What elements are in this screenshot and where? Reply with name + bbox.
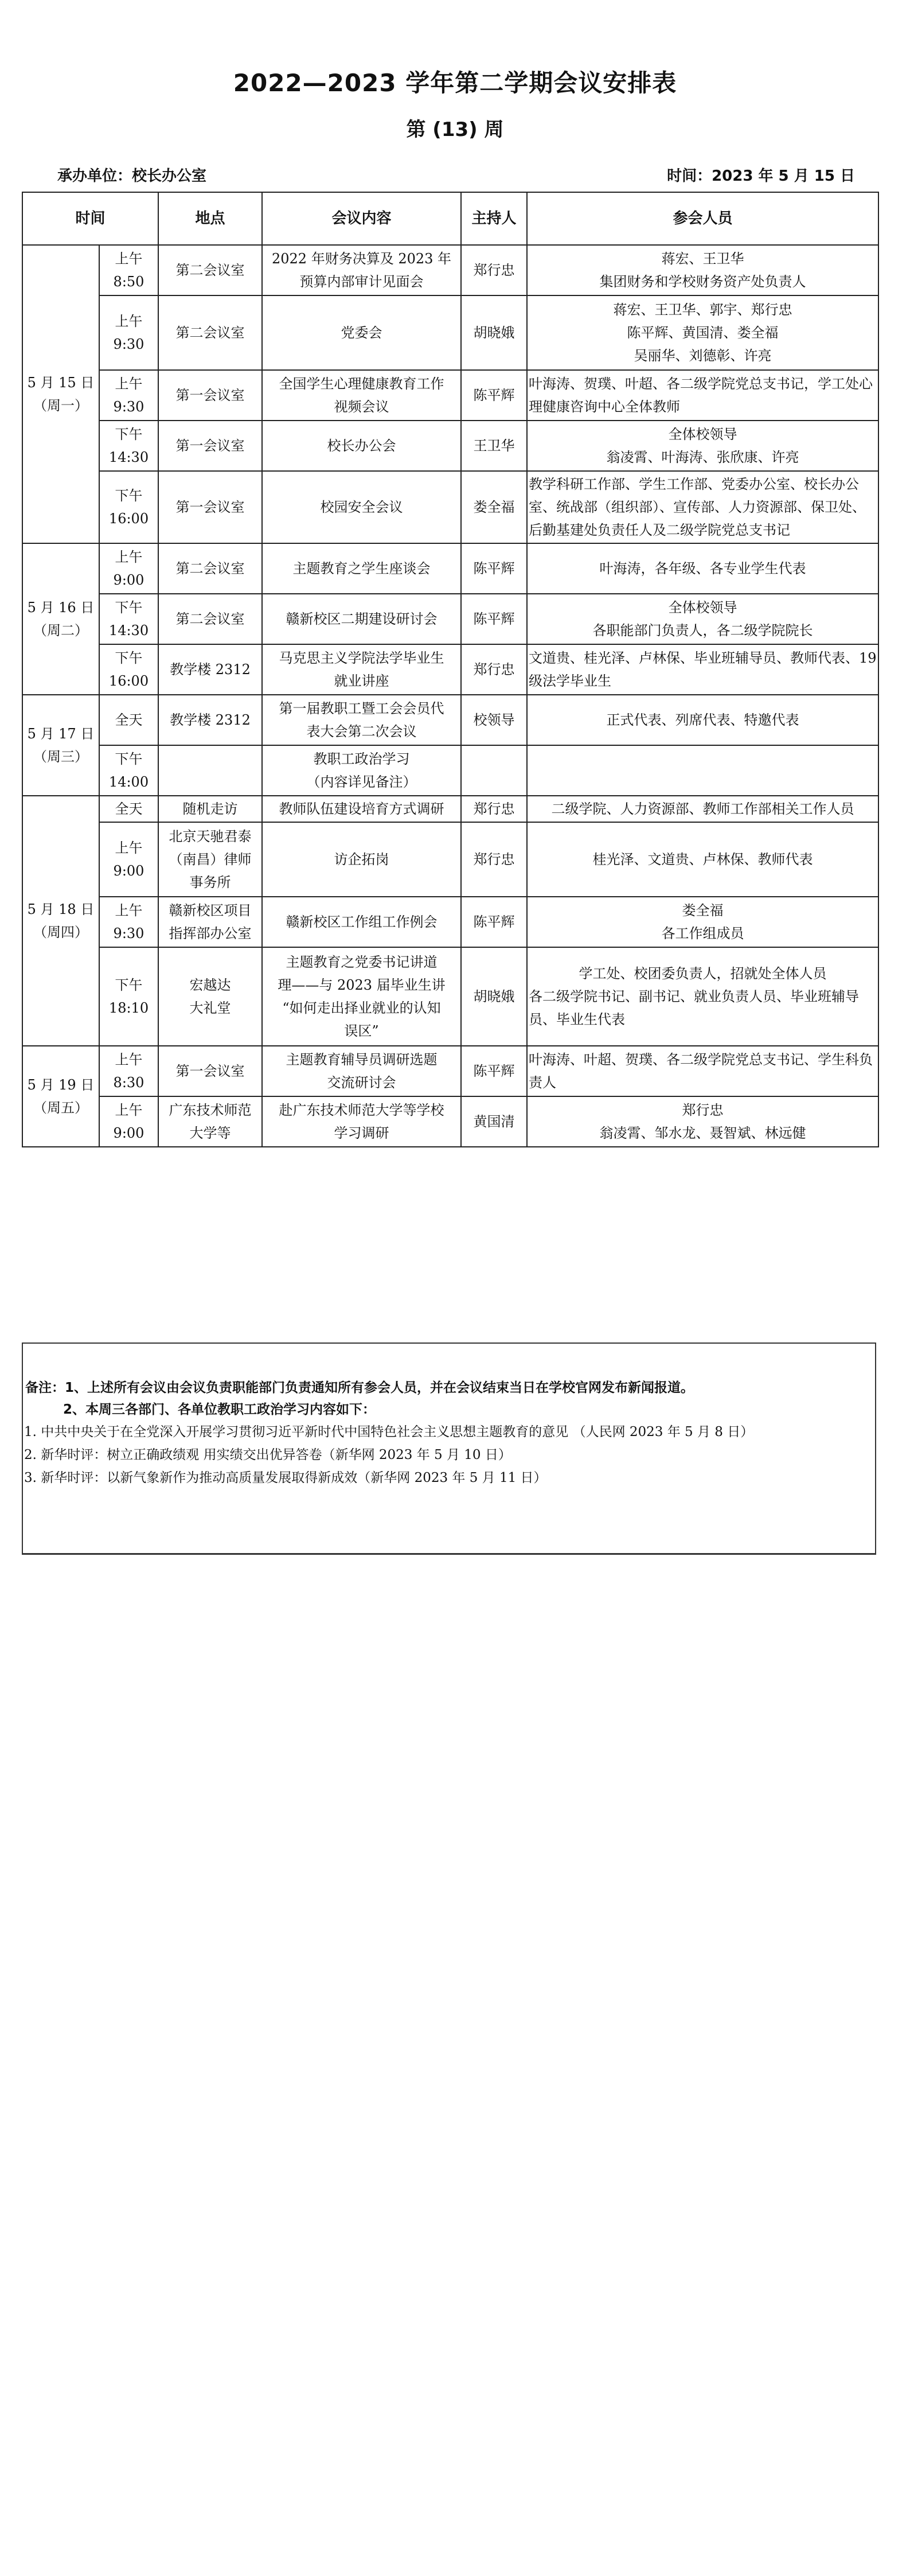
cell-line: 党委会 xyxy=(264,321,459,344)
cell-line: 第一会议室 xyxy=(160,434,260,457)
attendees-cell: 学工处、校团委负责人，招就处全体人员各二级学院书记、副书记、就业负责人员、毕业班… xyxy=(527,947,878,1046)
period: 上午 xyxy=(101,1099,157,1122)
time: 9:00 xyxy=(101,569,157,592)
time-cell: 下午14:30 xyxy=(99,421,158,471)
weekday: （周四） xyxy=(24,921,97,944)
attendee-line: 学工处、校团委负责人，招就处全体人员 xyxy=(529,962,877,985)
date: 5 月 16 日 xyxy=(24,596,97,619)
cell-line: 大礼堂 xyxy=(160,997,260,1019)
location-cell: 教学楼 2312 xyxy=(158,695,262,745)
period: 上午 xyxy=(101,899,157,922)
attendee-line: 翁凌霄、邹水龙、聂智斌、林远健 xyxy=(529,1122,877,1145)
cell-line: 第一会议室 xyxy=(160,384,260,407)
time: 16:00 xyxy=(101,670,157,692)
content-cell: 主题教育辅导员调研选题交流研讨会 xyxy=(262,1046,461,1096)
time-cell: 上午8:30 xyxy=(99,1046,158,1096)
cell-line: 第二会议室 xyxy=(160,321,260,344)
time-cell: 全天 xyxy=(99,695,158,745)
time-cell: 下午16:00 xyxy=(99,644,158,695)
attendees-cell: 教学科研工作部、学生工作部、党委办公室、校长办公室、统战部（组织部）、宣传部、人… xyxy=(527,471,878,543)
cell-line: 第二会议室 xyxy=(160,608,260,631)
period: 下午 xyxy=(101,596,157,619)
date: 5 月 19 日 xyxy=(24,1073,97,1096)
col-header-attendees: 参会人员 xyxy=(527,192,878,245)
location-cell: 第二会议室 xyxy=(158,594,262,644)
weekday: （周一） xyxy=(24,394,97,417)
attendee-line: 叶海涛、贺璞、叶超、各二级学院党总支书记，学工处心理健康咨询中心全体教师 xyxy=(529,372,877,418)
cell-line: 教学楼 2312 xyxy=(160,709,260,731)
table-row: 5 月 19 日（周五）上午8:30第一会议室主题教育辅导员调研选题交流研讨会陈… xyxy=(22,1046,878,1096)
cell-line: （南昌）律师 xyxy=(160,848,260,871)
cell-line: 全国学生心理健康教育工作 xyxy=(264,372,459,395)
date: 5 月 17 日 xyxy=(24,722,97,745)
content-cell: 全国学生心理健康教育工作视频会议 xyxy=(262,370,461,421)
location-cell: 广东技术师范大学等 xyxy=(158,1096,262,1147)
cell-line: 大学等 xyxy=(160,1122,260,1145)
cell-line: 交流研讨会 xyxy=(264,1071,459,1094)
weekday: （周五） xyxy=(24,1096,97,1119)
date-cell: 5 月 19 日（周五） xyxy=(22,1046,99,1147)
table-row: 5 月 18 日（周四）全天随机走访教师队伍建设培育方式调研郑行忠二级学院、人力… xyxy=(22,796,878,822)
table-row: 下午14:30第二会议室赣新校区二期建设研讨会陈平辉全体校领导各职能部门负责人，… xyxy=(22,594,878,644)
time-cell: 上午9:00 xyxy=(99,822,158,897)
cell-line: 误区” xyxy=(264,1019,459,1042)
weekday: （周二） xyxy=(24,619,97,642)
attendee-line: 教学科研工作部、学生工作部、党委办公室、校长办公室、统战部（组织部）、宣传部、人… xyxy=(529,473,877,542)
attendees-cell: 全体校领导翁凌霄、叶海涛、张欣康、许亮 xyxy=(527,421,878,471)
table-row: 上午9:00广东技术师范大学等赴广东技术师范大学等学校学习调研黄国清郑行忠翁凌霄… xyxy=(22,1096,878,1147)
study-item: 2. 新华时评：树立正确政绩观 用实绩交出优异答卷（新华网 2023 年 5 月… xyxy=(23,1443,875,1466)
host-cell: 胡晓娥 xyxy=(461,947,527,1046)
attendees-cell: 蒋宏、王卫华集团财务和学校财务资产处负责人 xyxy=(527,245,878,295)
time: 9:30 xyxy=(101,333,157,356)
attendee-line: 全体校领导 xyxy=(529,596,877,619)
date: 5 月 18 日 xyxy=(24,898,97,921)
cell-line: 广东技术师范 xyxy=(160,1099,260,1122)
date-cell: 5 月 17 日（周三） xyxy=(22,695,99,796)
host-cell xyxy=(461,745,527,796)
period: 下午 xyxy=(101,647,157,670)
organizer-label: 承办单位：校长办公室 xyxy=(57,164,206,185)
table-row: 上午9:30第二会议室党委会胡晓娥蒋宏、王卫华、郭宇、郑行忠陈平辉、黄国清、娄全… xyxy=(22,295,878,370)
period: 上午 xyxy=(101,546,157,569)
cell-line: 第二会议室 xyxy=(160,557,260,580)
attendees-cell: 桂光泽、文道贵、卢林保、教师代表 xyxy=(527,822,878,897)
cell-line: 校长办公会 xyxy=(264,434,459,457)
time: 14:30 xyxy=(101,619,157,642)
attendee-line: 郑行忠 xyxy=(529,1099,877,1122)
location-cell: 第一会议室 xyxy=(158,370,262,421)
time: 18:10 xyxy=(101,997,157,1019)
table-row: 下午16:00教学楼 2312马克思主义学院法学毕业生就业讲座郑行忠文道贵、桂光… xyxy=(22,644,878,695)
attendees-cell: 蒋宏、王卫华、郭宇、郑行忠陈平辉、黄国清、娄全福吴丽华、刘德彰、许亮 xyxy=(527,295,878,370)
location-cell: 北京天驰君泰（南昌）律师事务所 xyxy=(158,822,262,897)
content-cell: 主题教育之学生座谈会 xyxy=(262,543,461,594)
time: 9:30 xyxy=(101,922,157,945)
time-cell: 下午14:30 xyxy=(99,594,158,644)
location-cell: 第二会议室 xyxy=(158,245,262,295)
attendee-line: 陈平辉、黄国清、娄全福 xyxy=(529,321,877,344)
content-cell: 马克思主义学院法学毕业生就业讲座 xyxy=(262,644,461,695)
period: 下午 xyxy=(101,423,157,446)
content-cell: 2022 年财务决算及 2023 年预算内部审计见面会 xyxy=(262,245,461,295)
col-header-content: 会议内容 xyxy=(262,192,461,245)
time-cell: 上午9:30 xyxy=(99,897,158,947)
time: 8:30 xyxy=(101,1071,157,1094)
period: 上午 xyxy=(101,310,157,333)
time: 9:00 xyxy=(101,859,157,882)
attendees-cell: 叶海涛、叶超、贺璞、各二级学院党总支书记、学生科负责人 xyxy=(527,1046,878,1096)
location-cell: 第一会议室 xyxy=(158,1046,262,1096)
attendee-line: 翁凌霄、叶海涛、张欣康、许亮 xyxy=(529,446,877,469)
content-cell: 主题教育之党委书记讲道理——与 2023 届毕业生讲“如何走出择业就业的认知误区… xyxy=(262,947,461,1046)
table-row: 5 月 16 日（周二）上午9:00第二会议室主题教育之学生座谈会陈平辉叶海涛，… xyxy=(22,543,878,594)
attendee-line: 娄全福 xyxy=(529,899,877,922)
remark-1: 备注：1、上述所有会议由会议负责职能部门负责通知所有参会人员，并在会议结束当日在… xyxy=(23,1377,875,1399)
cell-line: 主题教育之学生座谈会 xyxy=(264,557,459,580)
host-cell: 陈平辉 xyxy=(461,370,527,421)
meeting-schedule-table: 时间 地点 会议内容 主持人 参会人员 5 月 15 日（周一）上午8:50第二… xyxy=(22,192,879,1147)
period: 下午 xyxy=(101,748,157,771)
cell-line: 主题教育辅导员调研选题 xyxy=(264,1048,459,1071)
cell-line: 马克思主义学院法学毕业生 xyxy=(264,647,459,670)
attendees-cell: 文道贵、桂光泽、卢林保、毕业班辅导员、教师代表、19 级法学毕业生 xyxy=(527,644,878,695)
study-item: 1. 中共中央关于在全党深入开展学习贯彻习近平新时代中国特色社会主义思想主题教育… xyxy=(23,1421,875,1443)
table-row: 5 月 15 日（周一）上午8:50第二会议室2022 年财务决算及 2023 … xyxy=(22,245,878,295)
col-header-time: 时间 xyxy=(22,192,158,245)
content-cell: 党委会 xyxy=(262,295,461,370)
cell-line: 校园安全会议 xyxy=(264,496,459,519)
cell-line: 第一会议室 xyxy=(160,1060,260,1083)
attendee-line: 全体校领导 xyxy=(529,423,877,446)
table-row: 上午9:30第一会议室全国学生心理健康教育工作视频会议陈平辉叶海涛、贺璞、叶超、… xyxy=(22,370,878,421)
time-cell: 上午8:50 xyxy=(99,245,158,295)
content-cell: 校长办公会 xyxy=(262,421,461,471)
date: 5 月 15 日 xyxy=(24,371,97,394)
time: 14:00 xyxy=(101,771,157,793)
content-cell: 访企拓岗 xyxy=(262,822,461,897)
table-row: 下午14:30第一会议室校长办公会王卫华全体校领导翁凌霄、叶海涛、张欣康、许亮 xyxy=(22,421,878,471)
host-cell: 郑行忠 xyxy=(461,822,527,897)
cell-line: 教职工政治学习 xyxy=(264,748,459,771)
time-cell: 上午9:00 xyxy=(99,1096,158,1147)
date-cell: 5 月 15 日（周一） xyxy=(22,245,99,543)
period: 全天 xyxy=(101,709,157,731)
content-cell: 赴广东技术师范大学等学校学习调研 xyxy=(262,1096,461,1147)
period: 上午 xyxy=(101,247,157,270)
location-cell: 随机走访 xyxy=(158,796,262,822)
remarks-box: 备注：1、上述所有会议由会议负责职能部门负责通知所有参会人员，并在会议结束当日在… xyxy=(22,1343,876,1555)
cell-line: 赣新校区工作组工作例会 xyxy=(264,910,459,933)
cell-line: （内容详见备注） xyxy=(264,771,459,793)
attendees-cell: 二级学院、人力资源部、教师工作部相关工作人员 xyxy=(527,796,878,822)
host-cell: 胡晓娥 xyxy=(461,295,527,370)
location-cell: 教学楼 2312 xyxy=(158,644,262,695)
cell-line: 赣新校区二期建设研讨会 xyxy=(264,608,459,631)
attendees-cell: 全体校领导各职能部门负责人，各二级学院院长 xyxy=(527,594,878,644)
content-cell: 教师队伍建设培育方式调研 xyxy=(262,796,461,822)
cell-line: 预算内部审计见面会 xyxy=(264,270,459,293)
col-header-location: 地点 xyxy=(158,192,262,245)
time: 8:50 xyxy=(101,270,157,293)
cell-line: 事务所 xyxy=(160,871,260,894)
period: 下午 xyxy=(101,974,157,997)
host-cell: 陈平辉 xyxy=(461,1046,527,1096)
cell-line: 教学楼 2312 xyxy=(160,658,260,681)
table-header-row: 时间 地点 会议内容 主持人 参会人员 xyxy=(22,192,878,245)
cell-line: 第一届教职工暨工会会员代 xyxy=(264,697,459,720)
study-item: 3. 新华时评：以新气象新作为推动高质量发展取得新成效（新华网 2023 年 5… xyxy=(23,1466,875,1489)
col-header-host: 主持人 xyxy=(461,192,527,245)
cell-line: 视频会议 xyxy=(264,395,459,418)
period: 下午 xyxy=(101,484,157,507)
cell-line: 宏越达 xyxy=(160,974,260,997)
table-row: 上午9:00北京天驰君泰（南昌）律师事务所访企拓岗郑行忠桂光泽、文道贵、卢林保、… xyxy=(22,822,878,897)
attendees-cell: 正式代表、列席代表、特邀代表 xyxy=(527,695,878,745)
cell-line: 第一会议室 xyxy=(160,496,260,519)
table-row: 下午18:10宏越达大礼堂主题教育之党委书记讲道理——与 2023 届毕业生讲“… xyxy=(22,947,878,1046)
location-cell: 第二会议室 xyxy=(158,543,262,594)
cell-line: 赴广东技术师范大学等学校 xyxy=(264,1099,459,1122)
host-cell: 王卫华 xyxy=(461,421,527,471)
location-cell: 第二会议室 xyxy=(158,295,262,370)
attendee-line: 蒋宏、王卫华、郭宇、郑行忠 xyxy=(529,298,877,321)
cell-line: 表大会第二次会议 xyxy=(264,720,459,743)
table-row: 下午16:00第一会议室校园安全会议娄全福教学科研工作部、学生工作部、党委办公室… xyxy=(22,471,878,543)
attendee-line: 桂光泽、文道贵、卢林保、教师代表 xyxy=(529,848,877,871)
cell-line: 指挥部办公室 xyxy=(160,922,260,945)
content-cell: 赣新校区工作组工作例会 xyxy=(262,897,461,947)
attendee-line: 叶海涛，各年级、各专业学生代表 xyxy=(529,557,877,580)
location-cell xyxy=(158,745,262,796)
content-cell: 教职工政治学习（内容详见备注） xyxy=(262,745,461,796)
cell-line: 2022 年财务决算及 2023 年 xyxy=(264,247,459,270)
attendee-line: 蒋宏、王卫华 xyxy=(529,247,877,270)
attendee-line: 各职能部门负责人，各二级学院院长 xyxy=(529,619,877,642)
cell-line: 北京天驰君泰 xyxy=(160,825,260,848)
period: 上午 xyxy=(101,1048,157,1071)
cell-line: 就业讲座 xyxy=(264,670,459,692)
time: 9:00 xyxy=(101,1122,157,1145)
time: 9:30 xyxy=(101,395,157,418)
host-cell: 陈平辉 xyxy=(461,594,527,644)
time-cell: 上午9:00 xyxy=(99,543,158,594)
attendees-cell: 娄全福各工作组成员 xyxy=(527,897,878,947)
location-cell: 赣新校区项目指挥部办公室 xyxy=(158,897,262,947)
cell-line: 理——与 2023 届毕业生讲 xyxy=(264,974,459,997)
location-cell: 第一会议室 xyxy=(158,471,262,543)
time-cell: 上午9:30 xyxy=(99,295,158,370)
period: 上午 xyxy=(101,372,157,395)
content-cell: 第一届教职工暨工会会员代表大会第二次会议 xyxy=(262,695,461,745)
time-cell: 下午16:00 xyxy=(99,471,158,543)
remark-2: 2、本周三各部门、各单位教职工政治学习内容如下： xyxy=(23,1399,875,1421)
date-cell: 5 月 16 日（周二） xyxy=(22,543,99,695)
content-cell: 校园安全会议 xyxy=(262,471,461,543)
attendees-cell: 郑行忠翁凌霄、邹水龙、聂智斌、林远健 xyxy=(527,1096,878,1147)
cell-line: 第二会议室 xyxy=(160,259,260,282)
week-number: 第 (13) 周 xyxy=(0,114,910,142)
time-cell: 下午14:00 xyxy=(99,745,158,796)
cell-line: “如何走出择业就业的认知 xyxy=(264,997,459,1019)
attendee-line: 吴丽华、刘德彰、许亮 xyxy=(529,344,877,367)
cell-line: 赣新校区项目 xyxy=(160,899,260,922)
attendee-line: 正式代表、列席代表、特邀代表 xyxy=(529,709,877,731)
table-row: 5 月 17 日（周三）全天教学楼 2312第一届教职工暨工会会员代表大会第二次… xyxy=(22,695,878,745)
host-cell: 陈平辉 xyxy=(461,897,527,947)
time: 16:00 xyxy=(101,507,157,530)
period: 上午 xyxy=(101,836,157,859)
attendee-line: 各工作组成员 xyxy=(529,922,877,945)
cell-line: 访企拓岗 xyxy=(264,848,459,871)
host-cell: 郑行忠 xyxy=(461,644,527,695)
document-title: 2022—2023 学年第二学期会议安排表 xyxy=(0,64,910,99)
time-cell: 全天 xyxy=(99,796,158,822)
attendees-cell: 叶海涛，各年级、各专业学生代表 xyxy=(527,543,878,594)
host-cell: 娄全福 xyxy=(461,471,527,543)
weekday: （周三） xyxy=(24,745,97,768)
cell-line: 教师队伍建设培育方式调研 xyxy=(264,797,459,820)
date-cell: 5 月 18 日（周四） xyxy=(22,796,99,1046)
cell-line: 主题教育之党委书记讲道 xyxy=(264,951,459,974)
time-cell: 下午18:10 xyxy=(99,947,158,1046)
host-cell: 郑行忠 xyxy=(461,796,527,822)
table-row: 下午14:00教职工政治学习（内容详见备注） xyxy=(22,745,878,796)
attendees-cell: 叶海涛、贺璞、叶超、各二级学院党总支书记，学工处心理健康咨询中心全体教师 xyxy=(527,370,878,421)
attendees-cell xyxy=(527,745,878,796)
time-cell: 上午9:30 xyxy=(99,370,158,421)
time: 14:30 xyxy=(101,446,157,469)
attendee-line: 二级学院、人力资源部、教师工作部相关工作人员 xyxy=(529,797,877,820)
table-row: 上午9:30赣新校区项目指挥部办公室赣新校区工作组工作例会陈平辉娄全福各工作组成… xyxy=(22,897,878,947)
host-cell: 校领导 xyxy=(461,695,527,745)
issue-date: 时间：2023 年 5 月 15 日 xyxy=(667,164,855,185)
attendee-line: 叶海涛、叶超、贺璞、各二级学院党总支书记、学生科负责人 xyxy=(529,1048,877,1094)
host-cell: 黄国清 xyxy=(461,1096,527,1147)
location-cell: 第一会议室 xyxy=(158,421,262,471)
content-cell: 赣新校区二期建设研讨会 xyxy=(262,594,461,644)
host-cell: 郑行忠 xyxy=(461,245,527,295)
host-cell: 陈平辉 xyxy=(461,543,527,594)
period: 全天 xyxy=(101,797,157,820)
attendee-line: 集团财务和学校财务资产处负责人 xyxy=(529,270,877,293)
attendee-line: 文道贵、桂光泽、卢林保、毕业班辅导员、教师代表、19 级法学毕业生 xyxy=(529,647,877,692)
location-cell: 宏越达大礼堂 xyxy=(158,947,262,1046)
cell-line: 学习调研 xyxy=(264,1122,459,1145)
cell-line: 随机走访 xyxy=(160,797,260,820)
attendee-line: 各二级学院书记、副书记、就业负责人员、毕业班辅导员、毕业生代表 xyxy=(529,985,877,1031)
